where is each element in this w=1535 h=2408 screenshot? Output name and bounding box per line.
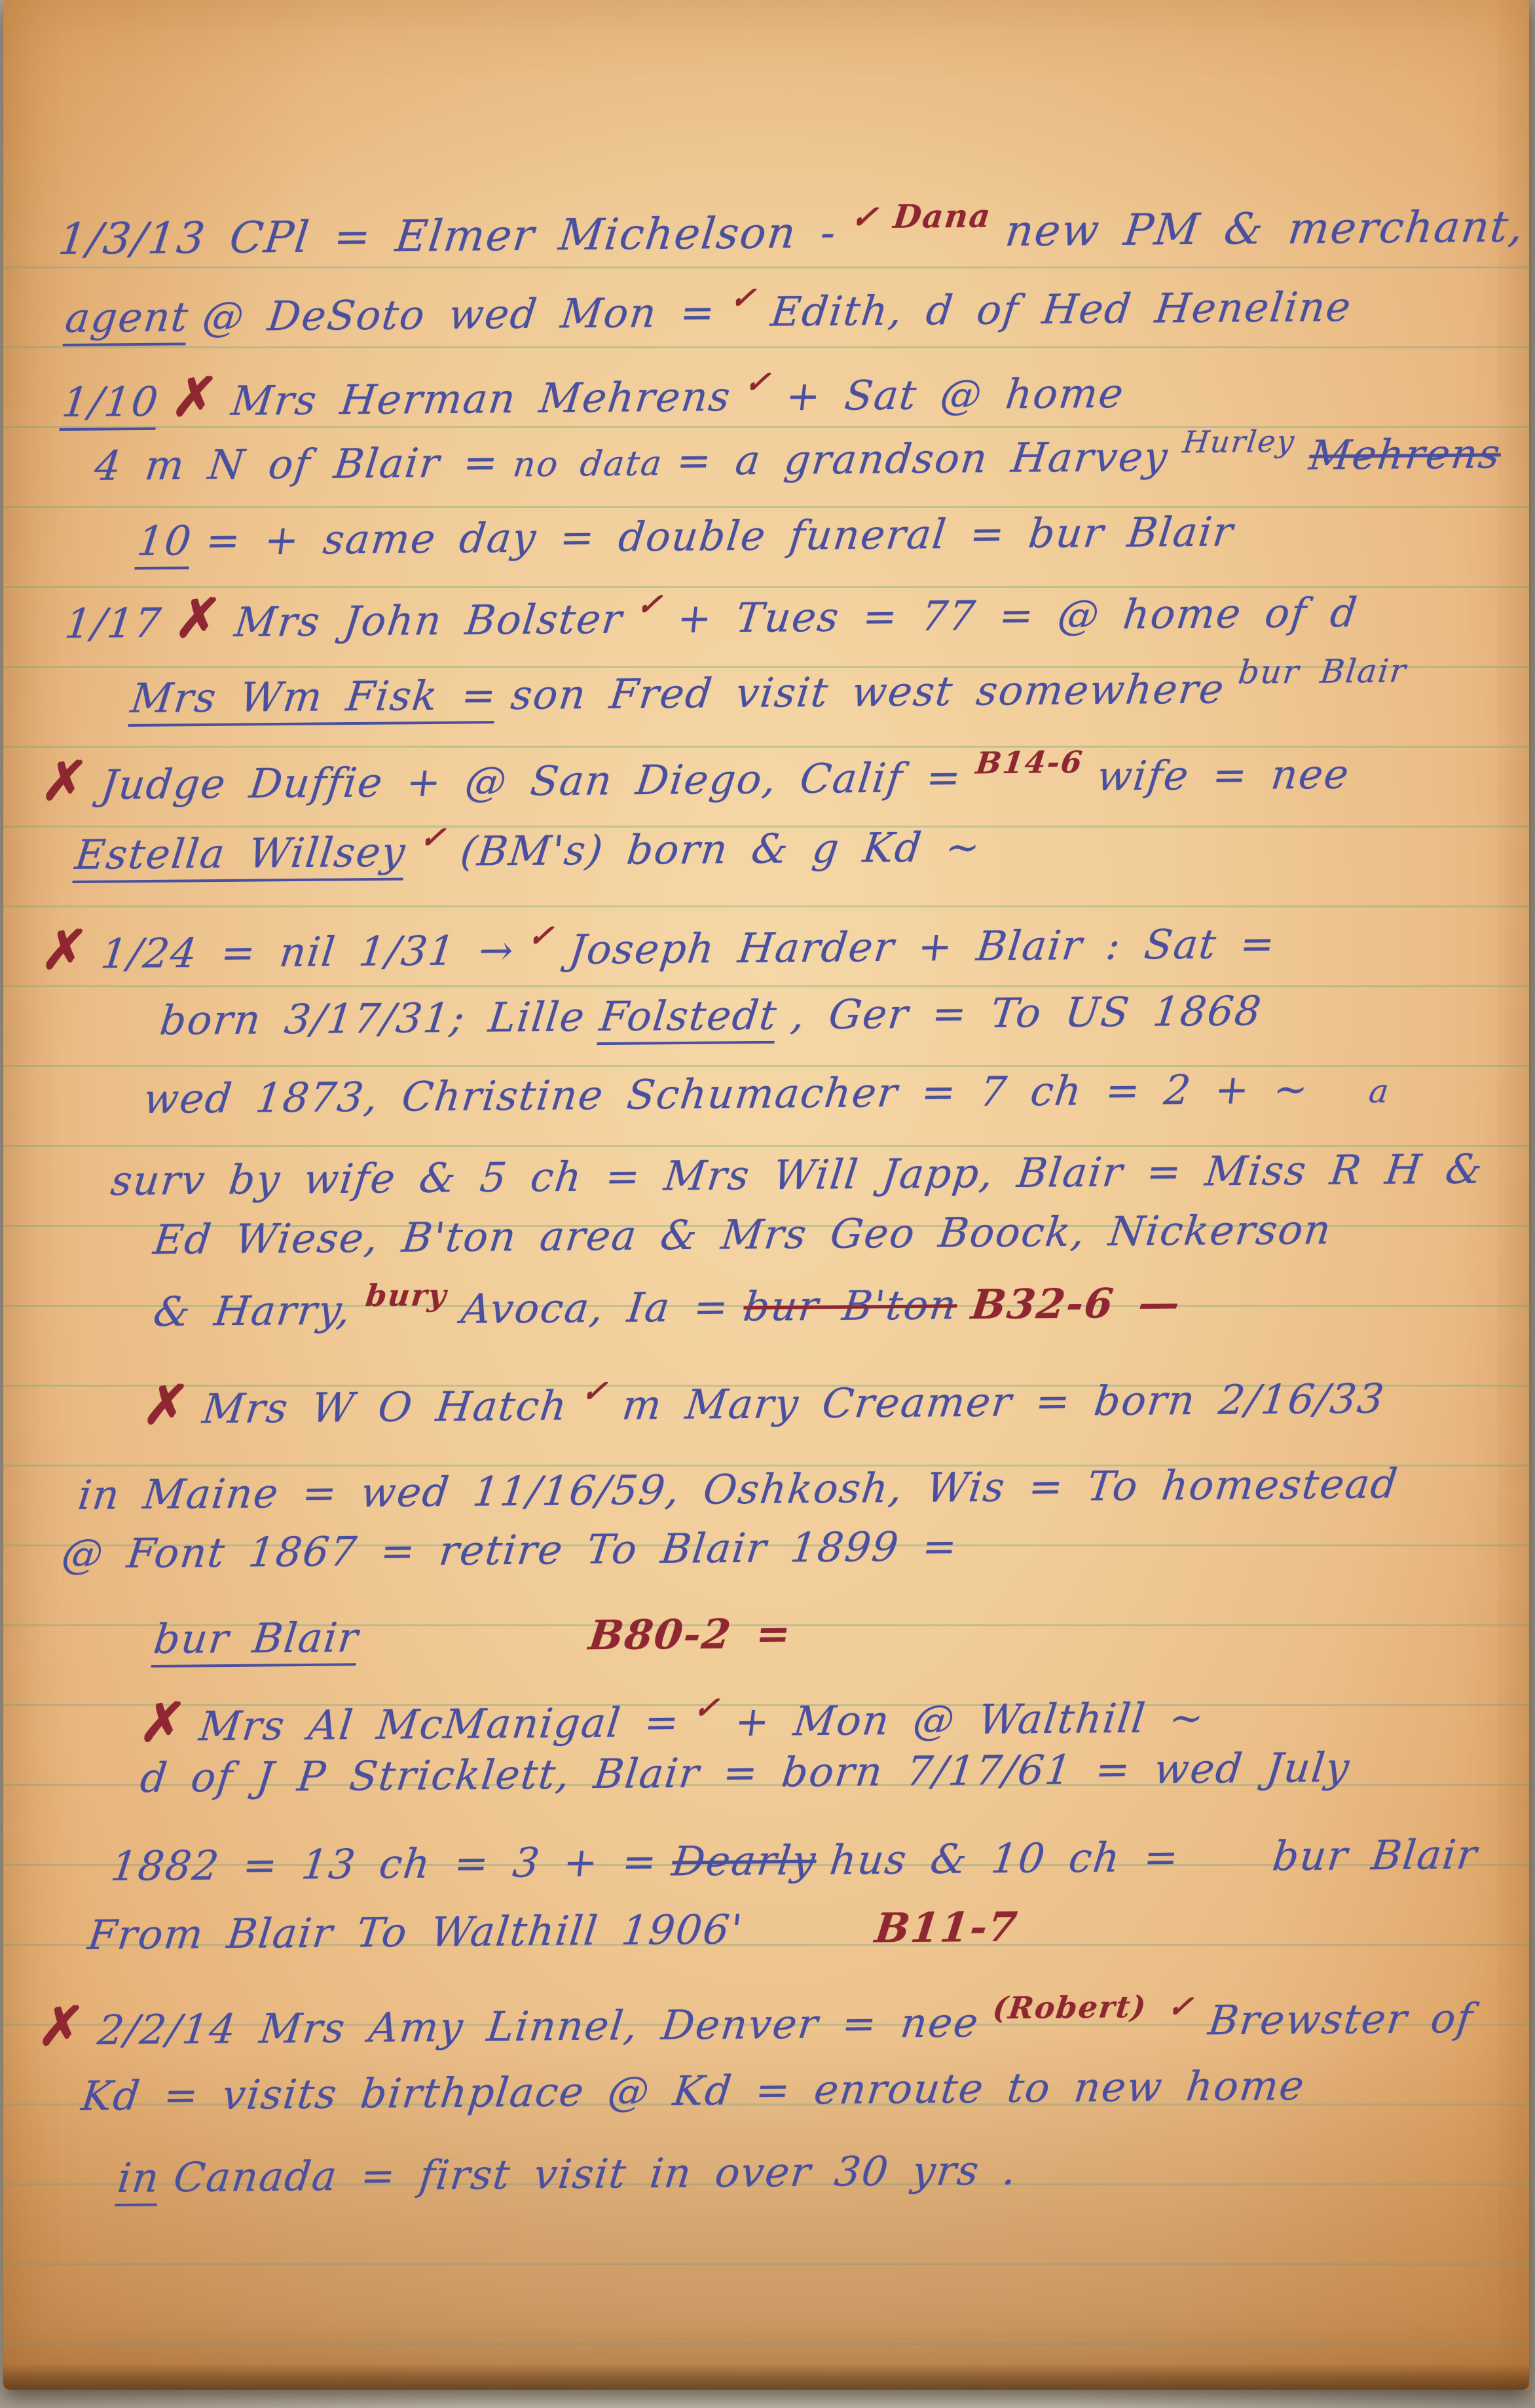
text-segment: Mrs Al McManigal =: [196, 1700, 682, 1749]
text-segment: hus & 10 ch =: [828, 1835, 1182, 1883]
text-segment: wed 1873, Christine Schumacher = 7 ch = …: [141, 1067, 1312, 1122]
text-segment: Canada = first visit in over 30 yrs .: [171, 2148, 1019, 2200]
text-segment: 1882 = 13 ch = 3 + =: [109, 1840, 660, 1889]
text-segment: 1/17: [63, 601, 164, 647]
text-segment: + Sat @ home: [784, 371, 1127, 419]
text-segment: 2/2/14 Mrs Amy Linnel, Denver = nee: [95, 2000, 981, 2052]
text-segment: 1/10: [59, 380, 161, 431]
text-segment: born 3/17/31; Lille: [158, 994, 588, 1043]
scanned-document: { "page": { "kind": "handwritten-notes",…: [0, 0, 1535, 2408]
text-segment: Judge Duffie + @ San Diego, Calif =: [98, 756, 964, 808]
handwritten-line-10: ✗1/24 = nil 1/31 →✓Joseph Harder + Blair…: [42, 911, 1290, 979]
red-check-mark: ✓: [728, 282, 758, 315]
text-segment: wife = nee: [1095, 752, 1352, 799]
text-segment: surv by wife & 5 ch = Mrs Will Japp, Bla…: [109, 1147, 1486, 1204]
handwritten-line-18: @ Font 1867 = retire To Blair 1899 =: [62, 1524, 972, 1577]
text-segment: 1/3/13 CPl = Elmer Michelson -: [56, 210, 840, 264]
red-annotation: bury: [363, 1279, 449, 1313]
text-segment: Joseph Harder + Blair : Sat =: [567, 922, 1278, 973]
text-segment: Mrs W O Hatch: [200, 1383, 570, 1431]
text-segment: + Mon @ Walthill ~: [732, 1696, 1207, 1745]
handwritten-line-20: ✗Mrs Al McManigal =✓+ Mon @ Walthill ~: [140, 1685, 1219, 1753]
red-x-mark: ✗: [138, 1694, 189, 1752]
red-annotation: Dana: [891, 199, 993, 235]
text-segment: a: [1367, 1073, 1392, 1109]
text-segment: Mrs Herman Mehrens: [229, 374, 733, 424]
handwritten-line-7: Mrs Wm Fisk =son Fred visit west somewhe…: [130, 665, 1421, 727]
red-check-mark: ✓: [635, 588, 665, 621]
red-annotation: (Robert) ✓: [991, 1990, 1196, 2024]
handwritten-line-9: Estella Willsey✓(BM's) born & g Kd ~: [75, 825, 995, 883]
text-segment: , Ger = To US 1868: [789, 989, 1265, 1038]
text-segment: bur Blair: [151, 1615, 361, 1668]
text-segment: bur B'ton: [741, 1283, 960, 1329]
text-segment: bur Blair: [1270, 1833, 1480, 1879]
notebook-page: 1/3/13 CPl = Elmer Michelson -✓Dananew P…: [3, 0, 1529, 2390]
text-segment: @ Font 1867 = retire To Blair 1899 =: [60, 1524, 961, 1577]
red-x-mark: ✗: [36, 1998, 87, 2056]
text-segment: Hurley: [1181, 425, 1297, 459]
red-check-mark: ✓: [849, 200, 881, 235]
red-check-mark: ✓: [692, 1691, 722, 1724]
text-segment: @ DeSoto wed Mon =: [200, 290, 718, 339]
text-segment: 1/24 = nil 1/31 →: [98, 928, 517, 977]
text-segment: & Harry,: [151, 1288, 354, 1334]
red-x-mark: ✗: [39, 921, 90, 979]
handwritten-line-26: inCanada = first visit in over 30 yrs .: [117, 2148, 1031, 2206]
handwritten-line-14: Ed Wiese, B'ton area & Mrs Geo Boock, Ni…: [153, 1207, 1346, 1262]
text-segment: Estella Willsey: [72, 830, 408, 884]
red-x-mark: ✗: [39, 752, 90, 811]
text-segment: new PM & merchant, depot: [1003, 202, 1535, 255]
text-segment: Ed Wiese, B'ton area & Mrs Geo Boock, Ni…: [151, 1207, 1334, 1262]
handwritten-line-5: 10= + same day = double funeral = bur Bl…: [137, 509, 1248, 570]
handwritten-line-8: ✗Judge Duffie + @ San Diego, Calif =B14-…: [42, 741, 1364, 811]
handwritten-line-1: 1/3/13 CPl = Elmer Michelson -✓Dananew P…: [58, 202, 1535, 263]
text-segment: Folstedt: [597, 993, 780, 1046]
text-segment: m Mary Creamer = born 2/16/33: [620, 1376, 1388, 1427]
text-segment: Kd = visits birthplace @ Kd = enroute to…: [79, 2064, 1308, 2119]
handwritten-line-16: ✗Mrs W O Hatch✓m Mary Creamer = born 2/1…: [143, 1366, 1399, 1434]
text-segment: From Blair To Walthill 1906': [86, 1907, 745, 1958]
red-x-mark: ✗: [173, 590, 224, 648]
text-segment: 10: [134, 519, 194, 570]
handwritten-line-6: 1/17✗Mrs John Bolster✓+ Tues = 77 = @ ho…: [65, 580, 1373, 649]
text-segment: no data: [511, 445, 665, 484]
red-x-mark: ✗: [170, 369, 221, 427]
handwritten-line-3: 1/10✗Mrs Herman Mehrens✓+ Sat @ home: [62, 361, 1139, 431]
text-segment: Mrs John Bolster: [232, 597, 625, 645]
text-segment: (BM's) born & g Kd ~: [458, 825, 984, 874]
red-reference-code: B11-7: [872, 1905, 1020, 1951]
red-check-mark: ✓: [418, 821, 448, 854]
text-segment: Dearly: [669, 1838, 819, 1884]
handwritten-line-19: bur BlairB80-2 =: [153, 1611, 806, 1668]
handwritten-line-11: born 3/17/31; LilleFolstedt, Ger = To US…: [160, 989, 1276, 1049]
red-check-mark: ✓: [527, 919, 557, 953]
text-segment: agent: [62, 295, 191, 346]
handwritten-line-25: Kd = visits birthplace @ Kd = enroute to…: [81, 2064, 1319, 2119]
red-reference-code: B80-2 =: [587, 1611, 794, 1658]
text-segment: 4 m N of Blair =: [92, 441, 502, 489]
text-segment: in Maine = wed 11/16/59, Oshkosh, Wis = …: [76, 1461, 1401, 1518]
torn-bottom-edge: [3, 2363, 1529, 2390]
handwritten-line-22: 1882 = 13 ch = 3 + =Dearlyhus & 10 ch =b…: [111, 1833, 1492, 1889]
text-segment: Brewster of: [1206, 1996, 1476, 2043]
handwritten-line-13: surv by wife & 5 ch = Mrs Will Japp, Bla…: [111, 1147, 1498, 1204]
text-segment: son Fred visit west somewhere: [508, 666, 1227, 718]
handwritten-line-23: From Blair To Walthill 1906'B11-7: [88, 1905, 1032, 1958]
text-segment: bur Blair: [1237, 653, 1409, 691]
text-segment: + Tues = 77 = @ home of d: [675, 591, 1361, 641]
text-segment: Mrs Wm Fisk =: [128, 673, 500, 727]
text-segment: in: [115, 2155, 162, 2206]
red-check-mark: ✓: [743, 365, 773, 399]
handwritten-line-2: agent@ DeSoto wed Mon =✓Edith, d of Hed …: [65, 285, 1366, 347]
red-reference-code: B14-6: [974, 746, 1084, 780]
red-x-mark: ✗: [141, 1376, 192, 1434]
text-segment: d of J P Stricklett, Blair = born 7/17/6…: [138, 1745, 1353, 1800]
text-segment: = + same day = double funeral = bur Blai…: [204, 509, 1236, 563]
handwritten-line-4: 4 m N of Blair =no data= a grandson Harv…: [94, 431, 1515, 488]
red-check-mark: ✓: [580, 1375, 610, 1408]
text-segment: Mehrens: [1307, 431, 1504, 478]
red-reference-code: B32-6 —: [969, 1281, 1183, 1327]
handwritten-line-17: in Maine = wed 11/16/59, Oshkosh, Wis = …: [78, 1461, 1413, 1518]
handwritten-line-12: wed 1873, Christine Schumacher = 7 ch = …: [143, 1066, 1404, 1122]
text-segment: = a grandson Harvey: [675, 435, 1171, 484]
handwritten-line-21: d of J P Stricklett, Blair = born 7/17/6…: [140, 1745, 1364, 1800]
handwritten-line-24: ✗2/2/14 Mrs Amy Linnel, Denver = nee(Rob…: [39, 1986, 1488, 2056]
text-segment: Edith, d of Hed Heneline: [769, 285, 1354, 335]
text-segment: Avoca, Ia =: [459, 1285, 732, 1332]
handwritten-line-15: & Harry,buryAvoca, Ia =bur B'tonB32-6 —: [153, 1281, 1194, 1334]
